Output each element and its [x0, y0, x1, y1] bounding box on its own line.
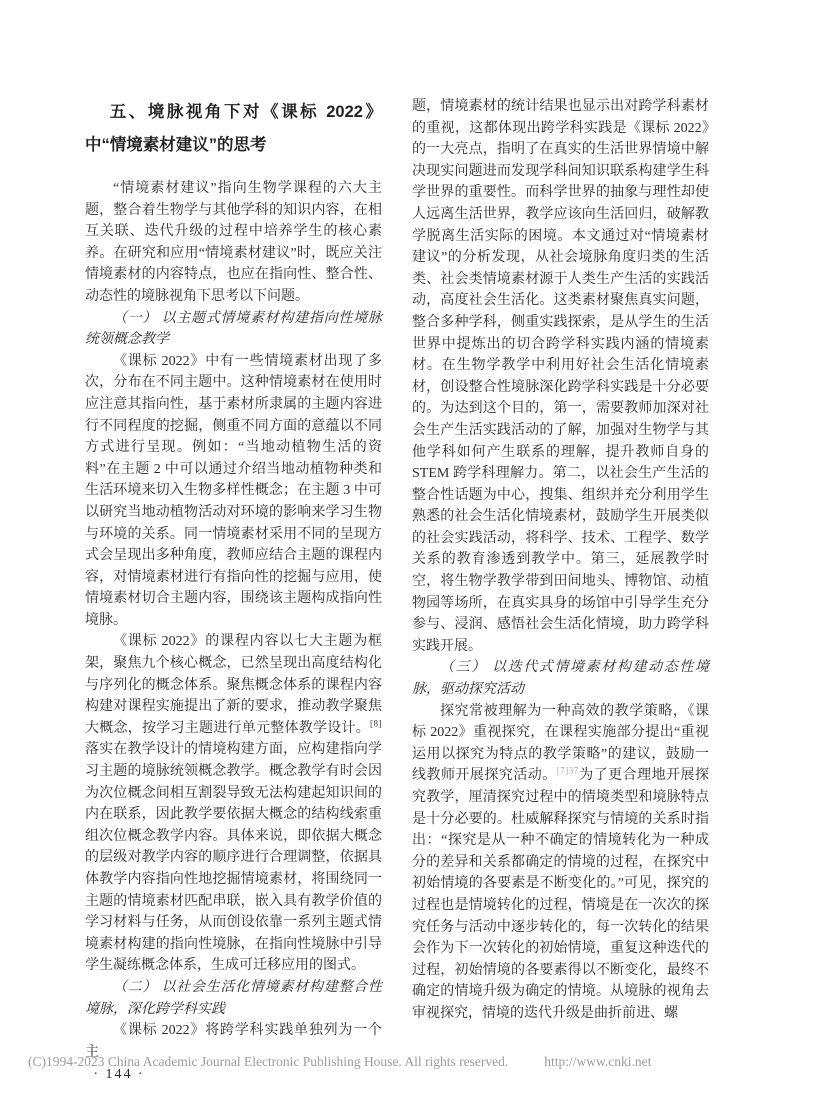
- citation-ref-7: [7]37: [557, 766, 579, 776]
- copyright-text: (C)1994-2023 China Academic Journal Elec…: [28, 1052, 508, 1072]
- cnki-url: http://www.cnki.net: [544, 1052, 651, 1072]
- left-column: 五、境脉视角下对《课标 2022》中“情境素材建议”的思考 “情境素材建议”指向…: [85, 96, 382, 1086]
- subsection-heading-1: （一） 以主题式情境素材构建指向性境脉统领概念教学: [85, 308, 382, 351]
- citation-ref-8: [8]: [370, 718, 382, 728]
- subsection-heading-3: （三） 以迭代式情境素材构建动态性境脉，驱动探究活动: [412, 657, 709, 700]
- section-title: 五、境脉视角下对《课标 2022》中“情境素材建议”的思考: [85, 96, 382, 162]
- right-column: 题，情境素材的统计结果也显示出对跨学科素材的重视，这都体现出跨学科实践是《课标 …: [412, 96, 709, 1086]
- paragraph-concept-teaching: 《课标 2022》的课程内容以七大主题为框架，聚焦九个核心概念，已然呈现出高度结…: [85, 631, 382, 977]
- page-content: 五、境脉视角下对《课标 2022》中“情境素材建议”的思考 “情境素材建议”指向…: [85, 96, 709, 1086]
- subsection-heading-2: （二） 以社会生活化情境素材构建整合性境脉，深化跨学科实践: [85, 977, 382, 1020]
- paragraph-text-after-ref: 落实在教学设计的情境构建方面，应构建指向学习主题的境脉统领概念教学。概念教学有时…: [85, 742, 382, 973]
- paragraph-text-before-ref: 《课标 2022》的课程内容以七大主题为框架，聚焦九个核心概念，已然呈现出高度结…: [85, 634, 382, 735]
- scanned-paper-page: 五、境脉视角下对《课标 2022》中“情境素材建议”的思考 “情境素材建议”指向…: [0, 0, 814, 1097]
- paragraph-text-after-ref: 为了更合理地开展探究教学，厘清探究过程中的情境类型和境脉特点是十分必要的。杜威解…: [412, 768, 709, 1021]
- cnki-footer: (C)1994-2023 China Academic Journal Elec…: [28, 1052, 788, 1072]
- paragraph-intro: “情境素材建议”指向生物学课程的六大主题，整合着生物学与其他学科的知识内容，在相…: [85, 178, 382, 308]
- paragraph-directionality: 《课标 2022》中有一些情境素材出现了多次，分布在不同主题中。这种情境素材在使…: [85, 351, 382, 632]
- paragraph-interdisciplinary-cont: 题，情境素材的统计结果也显示出对跨学科素材的重视，这都体现出跨学科实践是《课标 …: [412, 96, 709, 657]
- paragraph-inquiry: 探究常被理解为一种高效的教学策略，《课标 2022》重视探究，在课程实施部分提出…: [412, 701, 709, 1025]
